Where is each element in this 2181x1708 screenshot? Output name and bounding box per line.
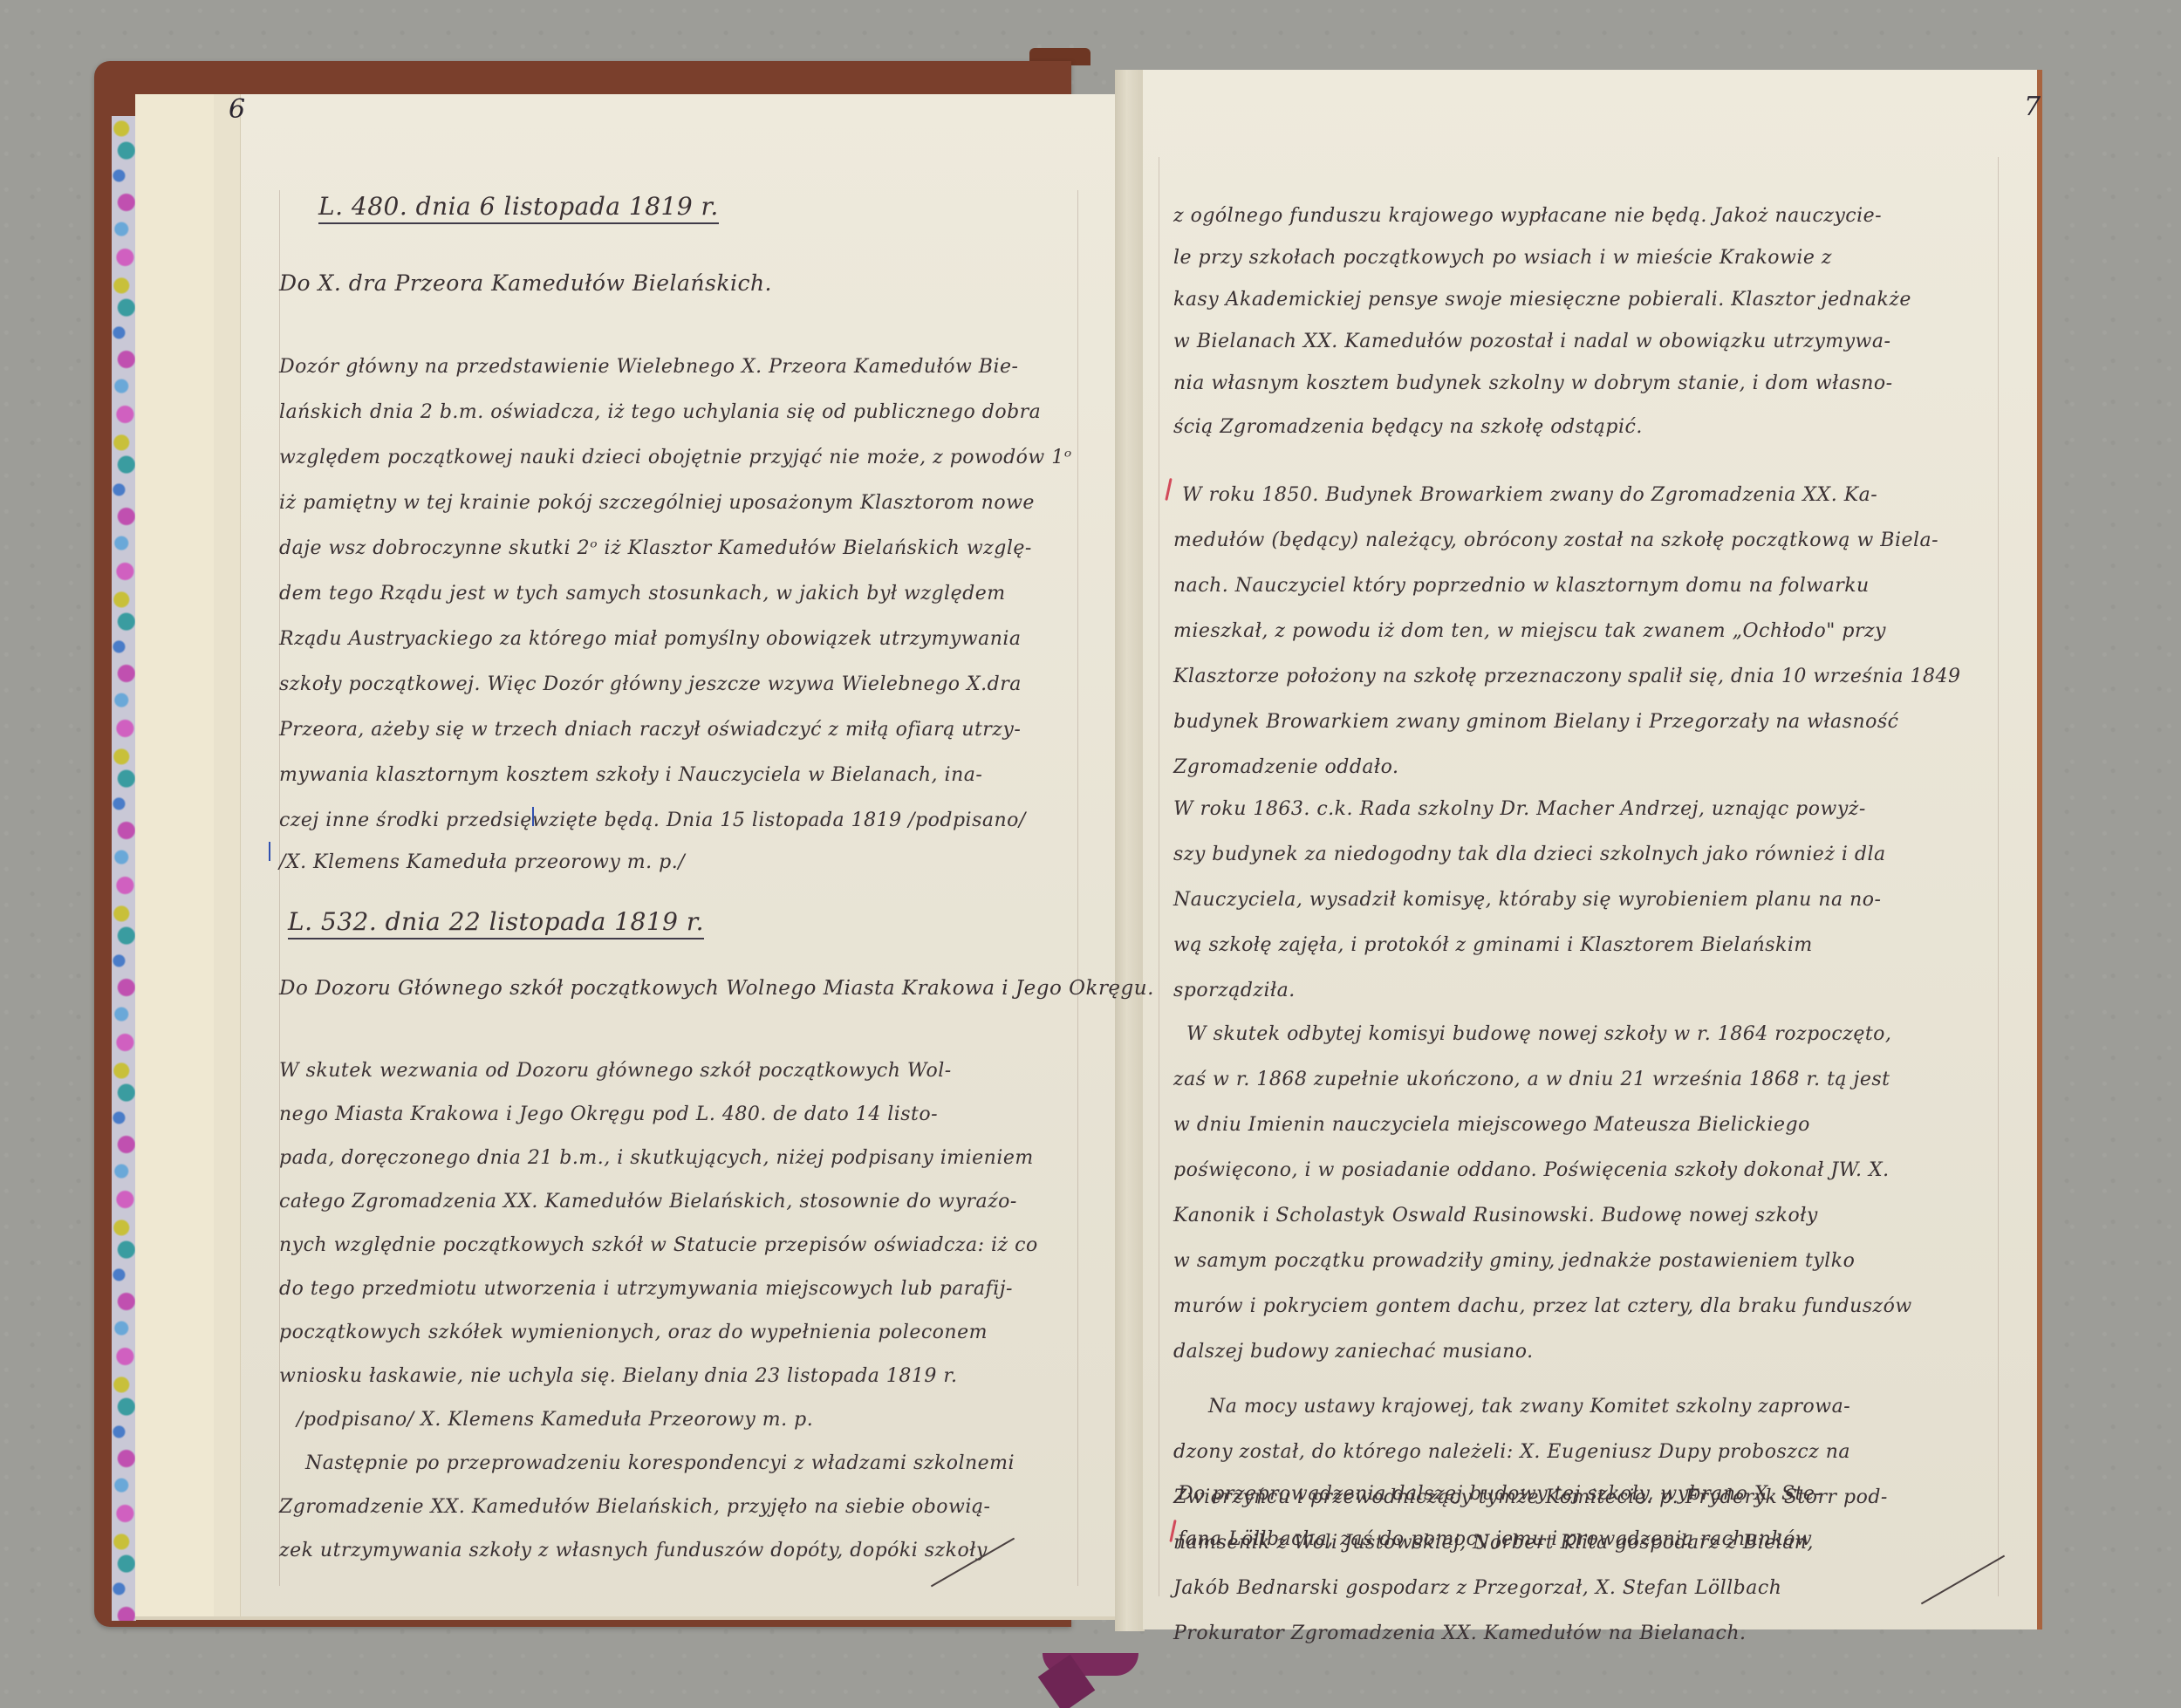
- text-line: kasy Akademickiej pensye swoje miesięczn…: [1173, 289, 1911, 311]
- signature-line: /podpisano/ X. Klemens Kameduła Przeorow…: [297, 1409, 813, 1431]
- text-line: początkowych szkółek wymienionych, oraz …: [279, 1322, 988, 1343]
- left-margin-rule: [1159, 157, 1159, 1596]
- left-page-inner-leaf: [214, 94, 241, 1616]
- text-line: mywania klasztornym kosztem szkoły i Nau…: [279, 764, 982, 786]
- text-line: dem tego Rządu jest w tych samych stosun…: [279, 583, 1006, 605]
- text-line: szkoły początkowej. Więc Dozór główny je…: [279, 673, 1022, 695]
- text-line: wą szkołę zajęła, i protokół z gminami i…: [1173, 934, 1813, 956]
- text-line: W roku 1863. c.k. Rada szkolny Dr. Mache…: [1173, 798, 1866, 820]
- text-line: murów i pokryciem gontem dachu, przez la…: [1173, 1295, 1912, 1317]
- text-line: fana Löllbacha, zaś do pomocy jemu i pro…: [1178, 1528, 1812, 1550]
- text-line: dzony został, do którego należeli: X. Eu…: [1173, 1441, 1850, 1463]
- text-line: Prokurator Zgromadzenia XX. Kamedułów na…: [1173, 1623, 1747, 1644]
- page-number-right: 7: [2024, 92, 2041, 122]
- blue-margin-mark: [532, 807, 534, 826]
- right-page-text: z ogólnego funduszu krajowego wypłacane …: [1173, 188, 2011, 1583]
- text-line: zek utrzymywania szkoły z własnych fundu…: [279, 1540, 988, 1561]
- left-page-outer-leaf: [135, 94, 215, 1616]
- text-line: poświęcono, i w posiadanie oddano. Poświ…: [1173, 1159, 1890, 1181]
- text-line: pada, doręczonego dnia 21 b.m., i skutku…: [279, 1147, 1034, 1169]
- text-line: wniosku łaskawie, nie uchyla się. Bielan…: [279, 1365, 957, 1387]
- text-line: W skutek wezwania od Dozoru głównego szk…: [279, 1060, 952, 1082]
- text-line: mieszkał, z powodu iż dom ten, w miejscu…: [1173, 620, 1886, 642]
- text-line: le przy szkołach początkowych po wsiach …: [1173, 247, 1832, 269]
- text-line: nych względnie początkowych szkół w Stat…: [279, 1234, 1038, 1256]
- text-line: całego Zgromadzenia XX. Kamedułów Bielań…: [279, 1191, 1017, 1213]
- text-line: w dniu Imienin nauczyciela miejscowego M…: [1173, 1114, 1810, 1136]
- blue-margin-mark: [269, 842, 270, 861]
- text-line: Dozór główny na przedstawienie Wielebneg…: [279, 356, 1018, 378]
- text-line: Do przeprowadzenia dalszej budowy tej sz…: [1178, 1483, 1822, 1505]
- text-line: Zgromadzenie oddało.: [1173, 756, 1399, 778]
- text-line: W skutek odbytej komisyi budowę nowej sz…: [1186, 1023, 1891, 1045]
- text-line: dalszej budowy zaniechać musiano.: [1173, 1341, 1534, 1363]
- book-gutter: [1115, 70, 1145, 1631]
- left-page-text: L. 480. dnia 6 listopada 1819 r. Do X. d…: [279, 183, 1064, 1535]
- text-line: względem początkowej nauki dzieci obojęt…: [279, 447, 1072, 468]
- right-margin-rule: [1077, 190, 1078, 1586]
- text-line: Klasztorze położony na szkołę przeznaczo…: [1173, 666, 1960, 687]
- text-line: daje wsz dobroczynne skutki 2ᵒ iż Klaszt…: [279, 537, 1032, 559]
- text-line: Kanonik i Scholastyk Oswald Rusinowski. …: [1173, 1205, 1818, 1226]
- text-line: Nauczyciela, wysadził komisyę, któraby s…: [1173, 889, 1881, 911]
- text-line: budynek Browarkiem zwany gminom Bielany …: [1173, 711, 1899, 733]
- text-line: medułów (będący) należący, obrócony zost…: [1173, 529, 1938, 551]
- text-line: w samym początku prowadziły gminy, jedna…: [1173, 1250, 1855, 1272]
- text-line: z ogólnego funduszu krajowego wypłacane …: [1173, 205, 1882, 227]
- text-line: nia własnym kosztem budynek szkolny w do…: [1173, 372, 1893, 394]
- text-line: Następnie po przeprowadzeniu koresponden…: [305, 1452, 1015, 1474]
- text-line: lańskich dnia 2 b.m. oświadcza, iż tego …: [279, 401, 1041, 423]
- text-line: iż pamiętny w tej krainie pokój szczegól…: [279, 492, 1035, 514]
- text-line: zaś w r. 1868 zupełnie ukończono, a w dn…: [1173, 1069, 1890, 1090]
- text-line: szy budynek za niedogodny tak dla dzieci…: [1173, 844, 1886, 865]
- entry-addressee: Do Dozoru Głównego szkół początkowych Wo…: [279, 977, 1154, 1000]
- text-line: w Bielanach XX. Kamedułów pozostał i nad…: [1173, 331, 1890, 352]
- right-page-final-paragraph: Do przeprowadzenia dalszej budowy tej sz…: [1178, 1483, 2015, 1588]
- text-line: nach. Nauczyciel który poprzednio w klas…: [1173, 575, 1870, 597]
- signature-line: /X. Klemens Kameduła przeorowy m. p./: [279, 851, 685, 873]
- text-line: ścią Zgromadzenia będący na szkołę odstą…: [1173, 416, 1643, 438]
- entry-addressee: Do X. dra Przeora Kamedułów Bielańskich.: [279, 270, 772, 296]
- text-line: sporządziła.: [1173, 980, 1296, 1001]
- text-line: W roku 1850. Budynek Browarkiem zwany do…: [1182, 484, 1877, 506]
- page-number-left: 6: [229, 94, 245, 125]
- entry-heading: L. 532. dnia 22 listopada 1819 r.: [288, 907, 704, 939]
- text-line: nego Miasta Krakowa i Jego Okręgu pod L.…: [279, 1103, 938, 1125]
- marbled-page-edge: [112, 116, 136, 1621]
- text-line: Zgromadzenie XX. Kamedułów Bielańskich, …: [279, 1496, 990, 1518]
- text-line: Przeora, ażeby się w trzech dniach raczy…: [279, 719, 1021, 741]
- entry-heading: L. 480. dnia 6 listopada 1819 r.: [318, 192, 719, 224]
- text-line: Rządu Austryackiego za którego miał pomy…: [279, 628, 1022, 650]
- text-line: Na mocy ustawy krajowej, tak zwany Komit…: [1208, 1396, 1850, 1418]
- text-line: do tego przedmiotu utworzenia i utrzymyw…: [279, 1278, 1013, 1300]
- text-line: czej inne środki przedsięwzięte będą. Dn…: [279, 810, 1026, 831]
